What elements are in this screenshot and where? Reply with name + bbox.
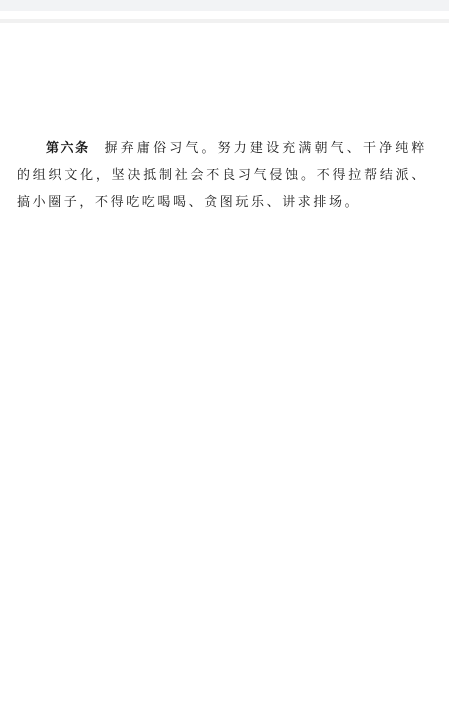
- document-page: 第六条摒弃庸俗习气。努力建设充满朝气、干净纯粹的组织文化，坚决抵制社会不良习气侵…: [0, 23, 449, 714]
- article-paragraph: 第六条摒弃庸俗习气。努力建设充满朝气、干净纯粹的组织文化，坚决抵制社会不良习气侵…: [17, 135, 427, 216]
- viewer-top-bar: [0, 0, 449, 11]
- article-heading: 第六条: [46, 141, 90, 156]
